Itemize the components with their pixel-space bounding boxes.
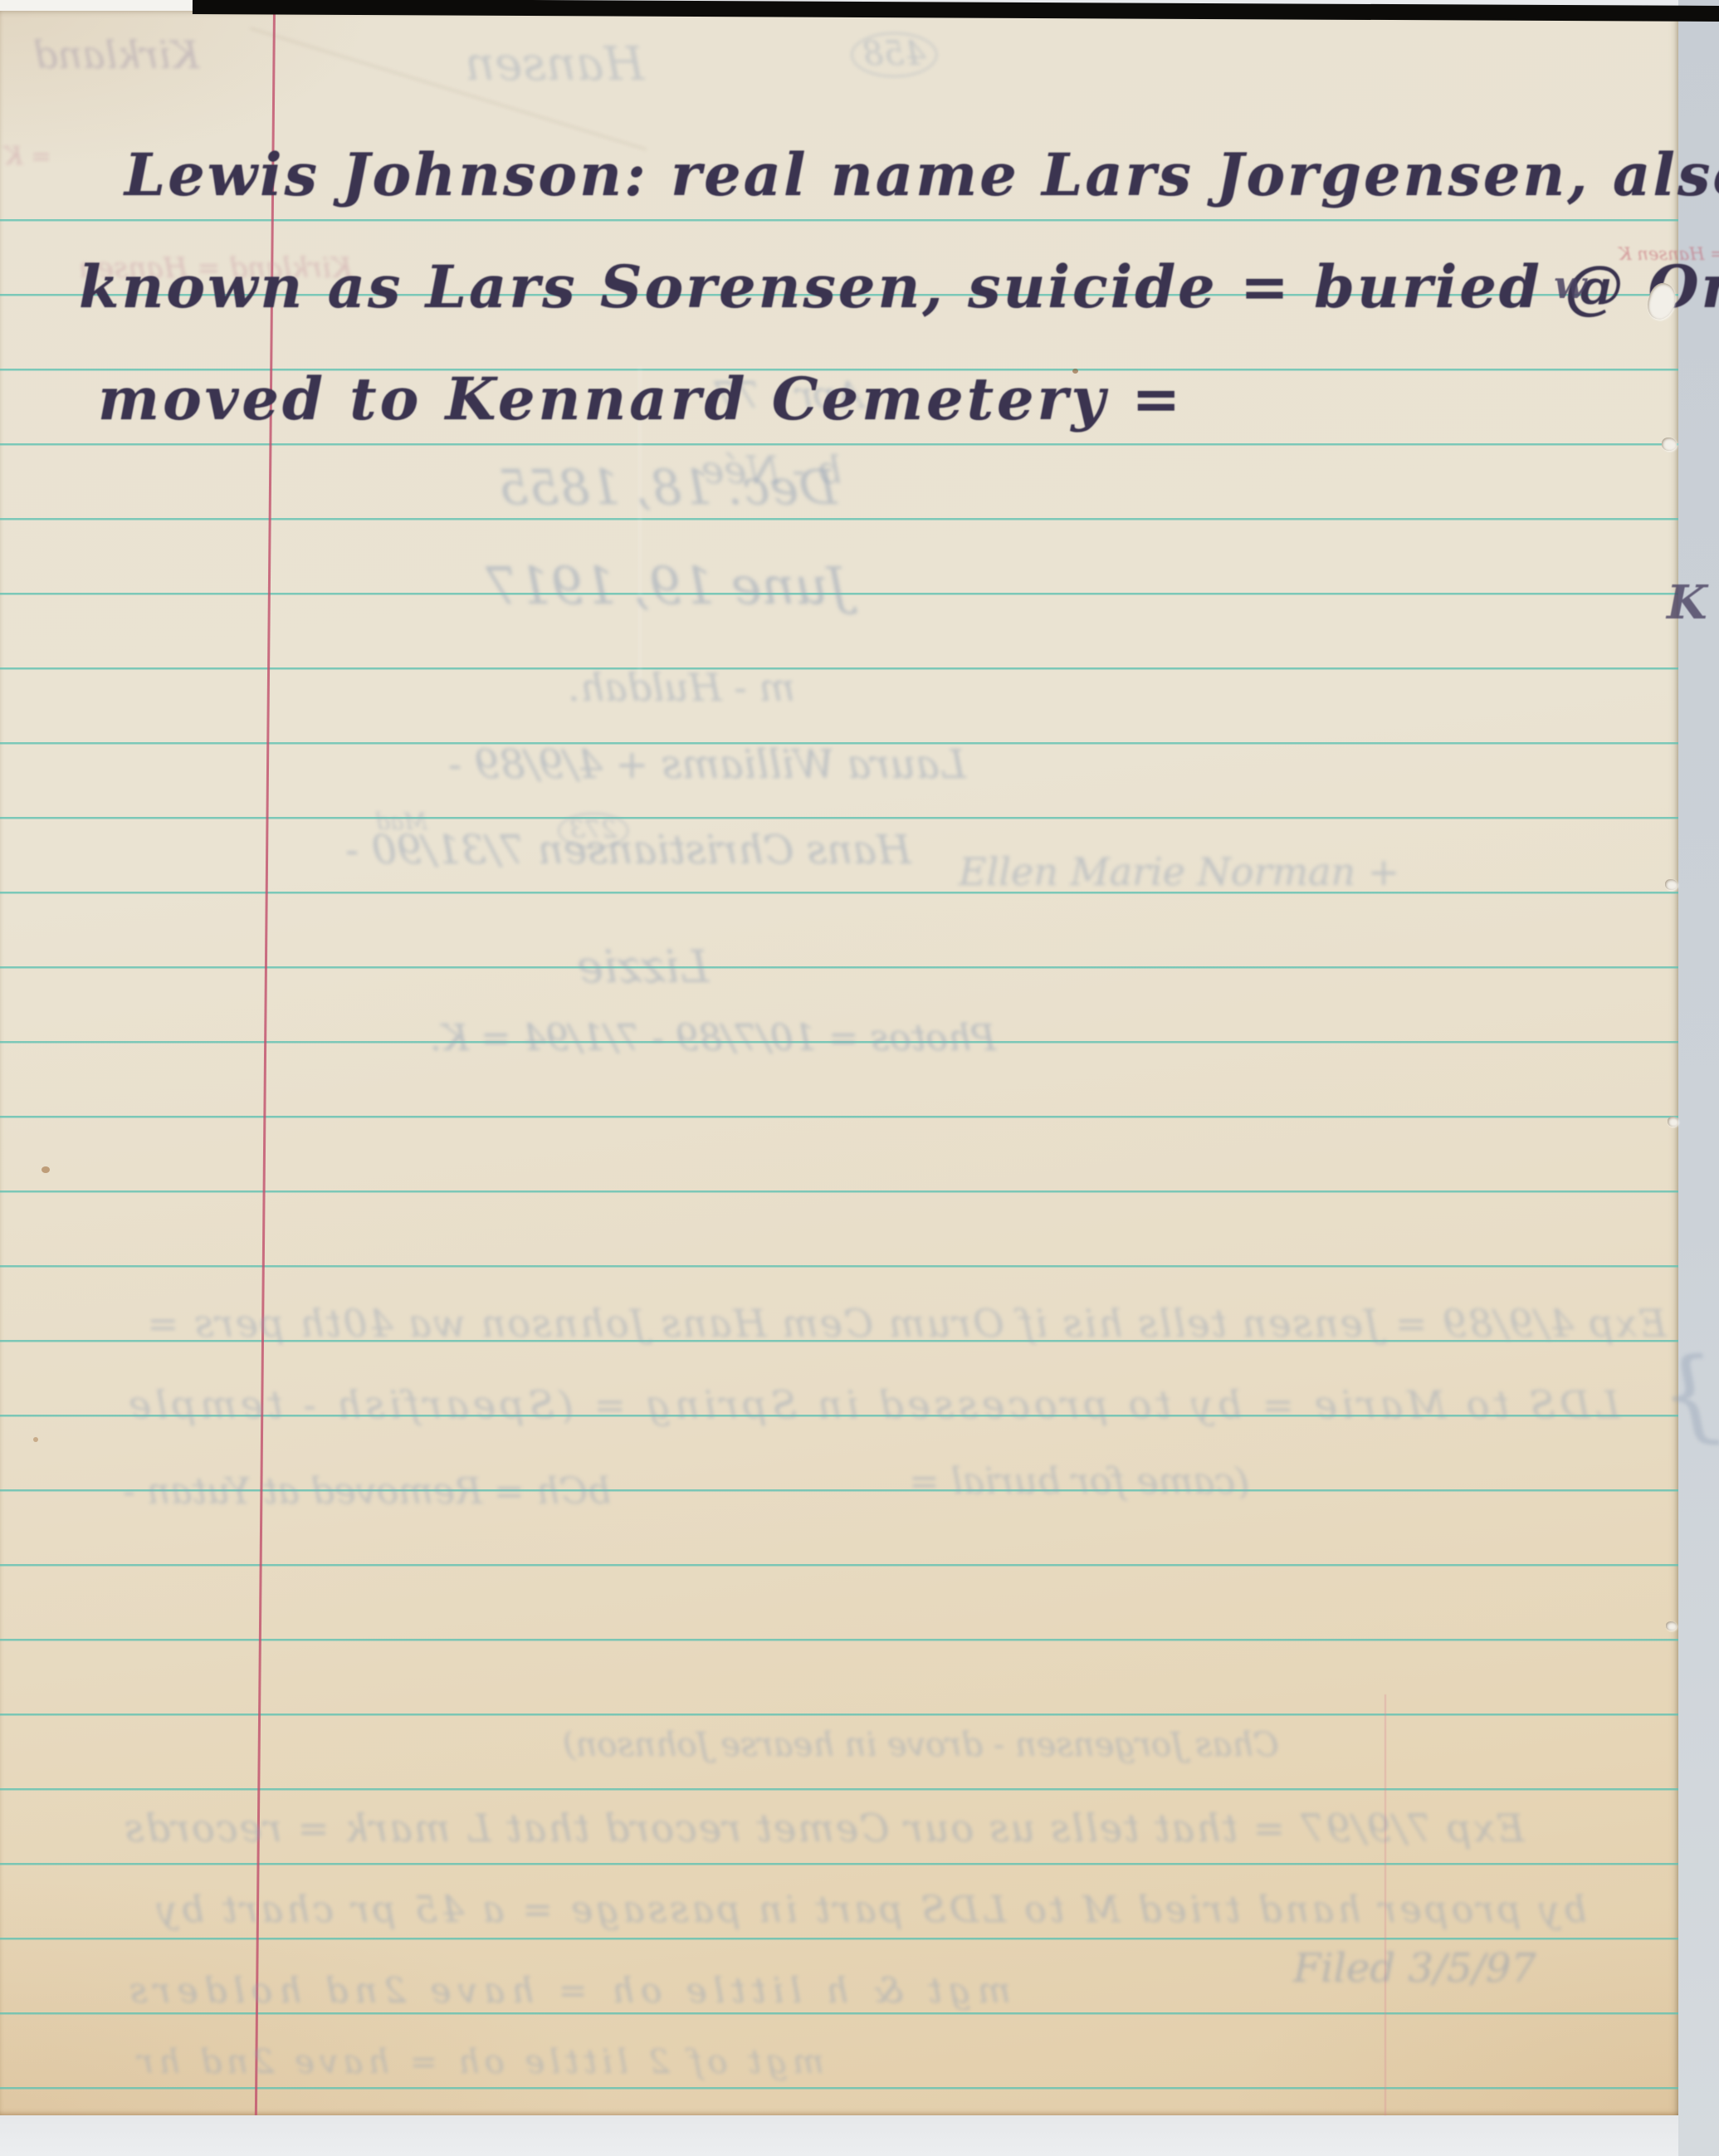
bleedthrough-text: Laura Williams + 4/9/89 - [448,741,966,788]
paper-sheet: Kirkland Hansen 458 Sorensen = Hansen K … [0,9,1678,2115]
oval-page-number: 273 [558,813,628,848]
rust-speck [1072,369,1078,374]
bleedthrough-text: LDS to Marie = by to processed in Spring… [125,1382,1620,1427]
bleedthrough-text: by proper hand tried M to LDS part in pa… [154,1889,1586,1931]
edge-tear [1665,879,1677,890]
bleedthrough-text: Lizzie [577,941,709,993]
rust-speck [42,1166,50,1173]
bleedthrough-text: Exp 7/9/97 = that tells us our Cemet rec… [123,1806,1525,1850]
edge-tear [1666,1621,1677,1630]
bleedthrough-text: Exp 4/9/89 = Jensen tells his if Orum Ce… [145,1301,1667,1346]
edge-tear [1668,1117,1678,1127]
oval-page-number: 458 [851,32,937,77]
bleedthrough-text: Hansen [465,37,644,91]
handwriting-line-2: known as Lars Sorensen, suicide = buried… [79,252,1719,321]
bleedthrough-text: Kirkland [33,32,199,77]
bleedthrough-date: Dec. 18, 1855 [498,459,837,516]
ink-k-mark: K [1667,575,1707,630]
bleedthrough-text: mgt of 2 little oh = have 2nd hr [133,2043,824,2081]
scanner-top-sliver [0,0,199,11]
handwriting-line-3: moved to Kennard Cemetery = [98,364,1184,433]
bleedthrough-filed-note: Filed 3/5/97 [1293,1945,1536,1992]
rust-speck [33,1437,38,1442]
scanned-notebook-page: Kirkland Hansen 458 Sorensen = Hansen K … [0,0,1719,2156]
bleedthrough-brace: } [1660,1337,1719,1453]
bleedthrough-page-number: 458 [851,32,937,77]
bleedthrough-text: = K [4,142,51,171]
bleedthrough-text: (came for burial = [909,1460,1249,1503]
bleedthrough-text: bCh = Removed at Yutan - [123,1470,611,1513]
bleedthrough-page-number: 273 [558,813,628,848]
bleedthrough-text: mgt & h little oh = have 2nd holders [123,1970,1011,2011]
edge-tear [1662,438,1677,451]
bleedthrough-date: June 19, 1917 [486,555,848,616]
bleedthrough-text: m - Huldah. [568,665,795,710]
ink-w-mark: w [1554,262,1587,307]
bleedthrough-text: Chas Jorgensen - drove in hearse Johnson… [563,1726,1279,1764]
handwriting-line-1: Lewis Johnson: real name Lars Jorgensen,… [125,140,1719,209]
scanner-background-right [1678,0,1719,2156]
bleedthrough-text: Photos = 10/7/89 - 7/1/94 = K. [430,1017,996,1059]
bleedthrough-text: Ellen Marie Norman + [959,849,1399,894]
